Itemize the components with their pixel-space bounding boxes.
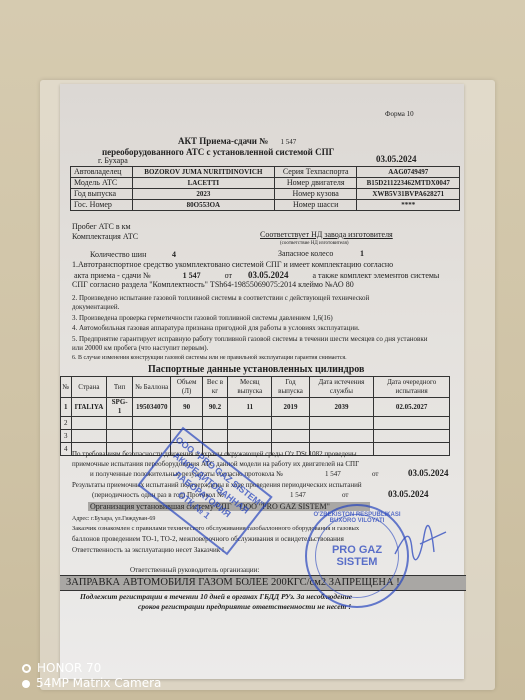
act-number: 1 547 <box>281 138 297 146</box>
vehicle-label2-cell: Номер шасси <box>274 200 357 211</box>
mileage-label: Пробег АТС в км <box>72 222 131 231</box>
camera-lens-watermark: 54MP Matrix Camera <box>22 676 161 690</box>
vehicle-table-row: АвтовладелецBOZOROV JUMA NURITDINOVICHСе… <box>71 167 460 178</box>
vehicle-label-cell: Гос. Номер <box>71 200 133 211</box>
spare-label: Запасное колесо <box>278 249 333 258</box>
clause-2: 2. Произведено испытание газовой топливн… <box>72 294 402 312</box>
cylinder-cell <box>171 417 202 430</box>
vehicle-value2-cell: XWB5V31BVPA628271 <box>357 189 460 200</box>
results-p1-from: от <box>372 470 378 478</box>
completeness-note: (соответствие НД изготовителя) <box>280 241 349 246</box>
clause-1-date: 03.05.2024 <box>248 270 289 280</box>
document-page: Форма 10 АКТ Приема-сдачи № 1 547 переоб… <box>60 84 464 679</box>
cylinder-cell <box>132 430 171 443</box>
cylinder-cell: 2019 <box>272 398 309 417</box>
city: г. Бухара <box>98 156 128 165</box>
document-subtitle: переоборудованного АТС с установленной с… <box>102 147 334 157</box>
cylinder-header-cell: Год выпуска <box>272 377 309 398</box>
cylinders-title: Паспортные данные установленных цилиндро… <box>148 364 364 375</box>
vehicle-value2-cell: **** <box>357 200 460 211</box>
clause-4: 4. Автомобильная газовая аппаратура приз… <box>72 324 360 332</box>
cylinder-cell <box>202 417 227 430</box>
cylinder-cell: 1 <box>61 398 72 417</box>
cylinder-cell: ITALIYA <box>71 398 107 417</box>
cylinder-header-cell: Вес в кг <box>202 377 227 398</box>
vehicle-value-cell: LACETTI <box>132 178 274 189</box>
cylinder-header-cell: Дата очередного испытания <box>374 377 450 398</box>
signature <box>390 524 450 564</box>
clause-1-suffix: а также комплект элементов системы <box>313 271 440 280</box>
clause-1-line-2: акта приема - сдачи № 1 547 от 03.05.202… <box>74 270 439 280</box>
results-p1-date: 03.05.2024 <box>408 468 449 478</box>
cylinder-cell <box>107 430 133 443</box>
clause-1-line-1: 1.Автотранспортное средство укомплектова… <box>72 260 393 269</box>
vehicle-value-cell: BOZOROV JUMA NURITDINOVICH <box>132 167 274 178</box>
cylinder-cell <box>228 430 272 443</box>
completeness-value: Соответствует НД завода изготовителя <box>260 230 393 239</box>
vehicle-label-cell: Модель АТС <box>71 178 133 189</box>
results-p2-from: от <box>342 491 348 499</box>
cylinder-cell: 02.05.2027 <box>374 398 450 417</box>
cylinder-header-cell: Страна <box>71 377 107 398</box>
cylinder-cell <box>374 443 450 456</box>
round-stamp-ring: O'ZBEKISTON RESPUBLIKASI BUXORO VILOYATI <box>307 512 407 524</box>
vehicle-value2-cell: AAG0749497 <box>357 167 460 178</box>
cylinders-table: №СтранаТип№ БаллонаОбъем (Л)Вес в кгМеся… <box>60 376 450 456</box>
vehicle-table-row: Год выпуска2023Номер кузоваXWB5V31BVPA62… <box>71 189 460 200</box>
camera-lens: 54MP Matrix Camera <box>36 676 161 690</box>
title-prefix: АКТ Приема-сдачи № <box>178 136 268 146</box>
vehicle-value2-cell: B15D211223462MTDX0047 <box>357 178 460 189</box>
cylinder-cell: 11 <box>228 398 272 417</box>
cylinder-cell: 3 <box>61 430 72 443</box>
clause-1-line-3: СПГ согласно раздела "Комплектность" TSh… <box>72 280 354 289</box>
cylinder-header-cell: Объем (Л) <box>171 377 202 398</box>
responsibility-note: Ответственность за эксплуатацию несет За… <box>72 546 224 554</box>
cylinder-cell <box>272 430 309 443</box>
cylinder-cell <box>272 417 309 430</box>
form-label: Форма 10 <box>385 110 414 118</box>
footer-note-line-1: Подлежит регистрации в течении 10 дней в… <box>80 592 352 601</box>
vehicle-value-cell: 2023 <box>132 189 274 200</box>
clause-1-from: от <box>225 271 232 280</box>
document-date: 03.05.2024 <box>376 154 417 164</box>
cylinder-row: 1ITALIYASPG-11950340709090.2112019203902… <box>61 398 450 417</box>
vehicle-label-cell: Год выпуска <box>71 189 133 200</box>
camera-model: HONOR 70 <box>37 661 101 675</box>
cylinder-cell: 2 <box>61 417 72 430</box>
ring-dot-icon <box>22 664 31 673</box>
vehicle-table-row: Модель АТСLACETTIНомер двигателяB15D2112… <box>71 178 460 189</box>
document-title: АКТ Приема-сдачи № 1 547 <box>178 136 296 146</box>
cylinder-cell <box>71 430 107 443</box>
cylinder-header-cell: Тип <box>107 377 133 398</box>
completeness-label: Комплектация АТС <box>72 232 138 241</box>
tires-value: 4 <box>172 250 176 259</box>
cylinder-cell <box>202 430 227 443</box>
cylinder-cell: 90 <box>171 398 202 417</box>
clause-1-prefix: акта приема - сдачи № <box>74 271 151 280</box>
footer-note-line-2: сроков регистрации предприятие ответстве… <box>138 602 351 611</box>
warning-banner: ЗАПРАВКА АВТОМОБИЛЯ ГАЗОМ БОЛЕЕ 200КГС/с… <box>60 575 466 591</box>
cylinder-cell <box>132 417 171 430</box>
cylinder-cell <box>107 417 133 430</box>
cylinder-cell <box>309 430 374 443</box>
cylinder-cell <box>374 430 450 443</box>
vehicle-label2-cell: Серия Техпаспорта <box>274 167 357 178</box>
spare-value: 1 <box>360 249 364 258</box>
cylinder-cell: 90.2 <box>202 398 227 417</box>
clause-3: 3. Произведена проверка герметичности га… <box>72 314 333 322</box>
cylinder-cell <box>228 417 272 430</box>
cylinder-row: 2 <box>61 417 450 430</box>
cylinder-header-cell: Месяц выпуска <box>228 377 272 398</box>
manager-label: Ответственный руководитель организации: <box>130 566 259 574</box>
vehicle-label2-cell: Номер двигателя <box>274 178 357 189</box>
clause-1-number: 1 547 <box>183 271 201 280</box>
cylinder-cell <box>374 417 450 430</box>
clause-5: 5. Предприятие гарантирует исправную раб… <box>72 335 432 353</box>
filled-dot-icon <box>22 680 30 688</box>
vehicle-value-cell: 80O553OA <box>132 200 274 211</box>
vehicle-label-cell: Автовладелец <box>71 167 133 178</box>
cylinder-row: 3 <box>61 430 450 443</box>
tires-label: Количество шин <box>90 250 146 259</box>
cylinder-cell: 4 <box>61 443 72 456</box>
cylinder-cell: 195034070 <box>132 398 171 417</box>
address: Адрес: г.Бухара, ул.Гиждуван-69 <box>72 516 155 522</box>
cylinder-header-cell: № <box>61 377 72 398</box>
vehicle-label2-cell: Номер кузова <box>274 189 357 200</box>
results-p2-date: 03.05.2024 <box>388 489 429 499</box>
cylinder-header-cell: № Баллона <box>132 377 171 398</box>
cylinder-cell <box>309 417 374 430</box>
cylinder-cell <box>71 417 107 430</box>
vehicle-table: АвтовладелецBOZOROV JUMA NURITDINOVICHСе… <box>70 166 460 211</box>
camera-model-watermark: HONOR 70 <box>22 661 101 675</box>
results-p2-number: 1 547 <box>290 491 306 499</box>
results-p1-number: 1 547 <box>325 470 341 478</box>
cylinder-cell: 2039 <box>309 398 374 417</box>
clause-6: 6. В случае изменения конструкции газово… <box>72 355 347 361</box>
vehicle-table-row: Гос. Номер80O553OAНомер шасси**** <box>71 200 460 211</box>
cylinder-header-cell: Дата истечения службы <box>309 377 374 398</box>
cylinder-cell: SPG-1 <box>107 398 133 417</box>
